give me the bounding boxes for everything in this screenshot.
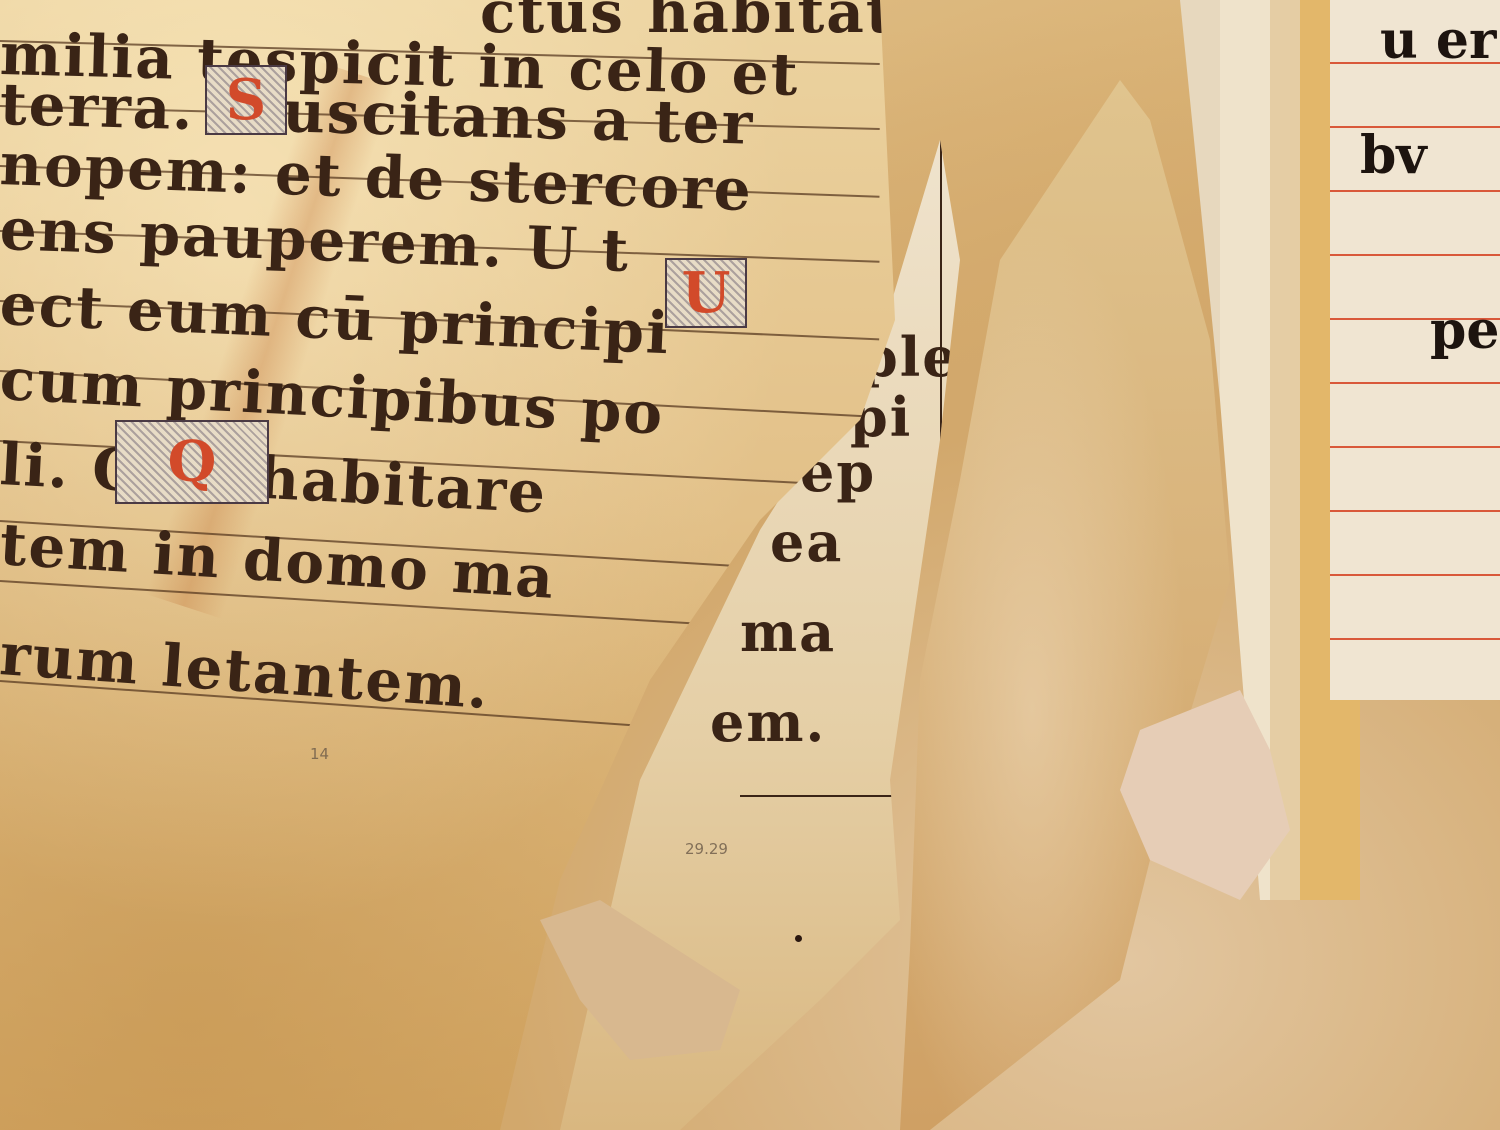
- manuscript-line: rum letantem.: [0, 620, 492, 722]
- manuscript-line: li. Q ui habitare: [0, 430, 549, 527]
- illuminated-initial-u: U: [665, 258, 747, 328]
- illuminated-initial-s: S: [205, 65, 287, 135]
- pencil-folio-number: 14: [310, 745, 329, 763]
- right-manuscript-leaf: u er bv pe: [1330, 0, 1500, 700]
- worm-hole: [795, 935, 802, 942]
- pencil-mark: 29.29: [685, 840, 728, 858]
- right-text-line: u er: [1380, 10, 1496, 71]
- photo-scene: u er bv pe ple pi ep ea ma em. 29.29 ctu…: [0, 0, 1500, 1130]
- right-text-line: bv: [1360, 125, 1427, 186]
- illuminated-initial-q: Q: [115, 420, 269, 504]
- right-text-line: pe: [1430, 300, 1499, 361]
